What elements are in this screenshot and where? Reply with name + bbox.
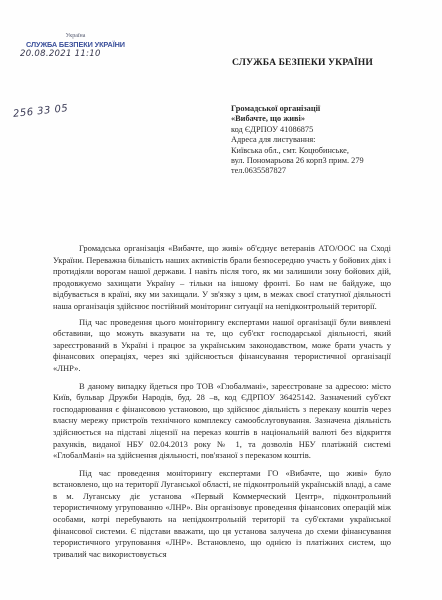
letter-body: Громадська організація «Вибачте, що живі… — [53, 243, 391, 566]
sender-phone: тел.0635587827 — [231, 166, 364, 176]
sender-block: Громадської організації «Вибачте, що жив… — [231, 104, 364, 177]
sender-address-label: Адреса для листування: — [231, 135, 364, 145]
registration-stamp: Україна СЛУЖБА БЕЗПЕКИ УКРАЇНИ 20.08.202… — [18, 33, 133, 59]
sender-code: код ЄДРПОУ 41086875 — [231, 125, 364, 135]
stamp-country: Україна — [18, 33, 133, 40]
sender-line1: Громадської організації — [231, 104, 364, 114]
sender-address-line2: вул. Пономарьова 26 корп3 прим. 279 — [231, 156, 364, 166]
handwritten-registration-number: 256 33 05 — [13, 103, 69, 120]
body-paragraph-4: Під час проведення моніторингу експертам… — [53, 468, 391, 561]
sender-address-line1: Київська обл., смт. Коцюбинське, — [231, 146, 364, 156]
body-paragraph-2: Під час проведення цього моніторингу екс… — [53, 317, 391, 375]
stamp-handwritten-date: 20.08.2021 11:10 — [18, 49, 133, 59]
recipient-heading: СЛУЖБА БЕЗПЕКИ УКРАЇНИ — [232, 57, 373, 68]
stamp-organization: СЛУЖБА БЕЗПЕКИ УКРАЇНИ — [18, 40, 133, 49]
body-paragraph-3: В даному випадку йдеться про ТОВ «Глобал… — [53, 381, 391, 462]
body-paragraph-1: Громадська організація «Вибачте, що живі… — [53, 243, 391, 313]
sender-org-name: «Вибачте, що живі» — [231, 114, 364, 124]
scanned-letter-page: Україна СЛУЖБА БЕЗПЕКИ УКРАЇНИ 20.08.202… — [0, 0, 442, 600]
